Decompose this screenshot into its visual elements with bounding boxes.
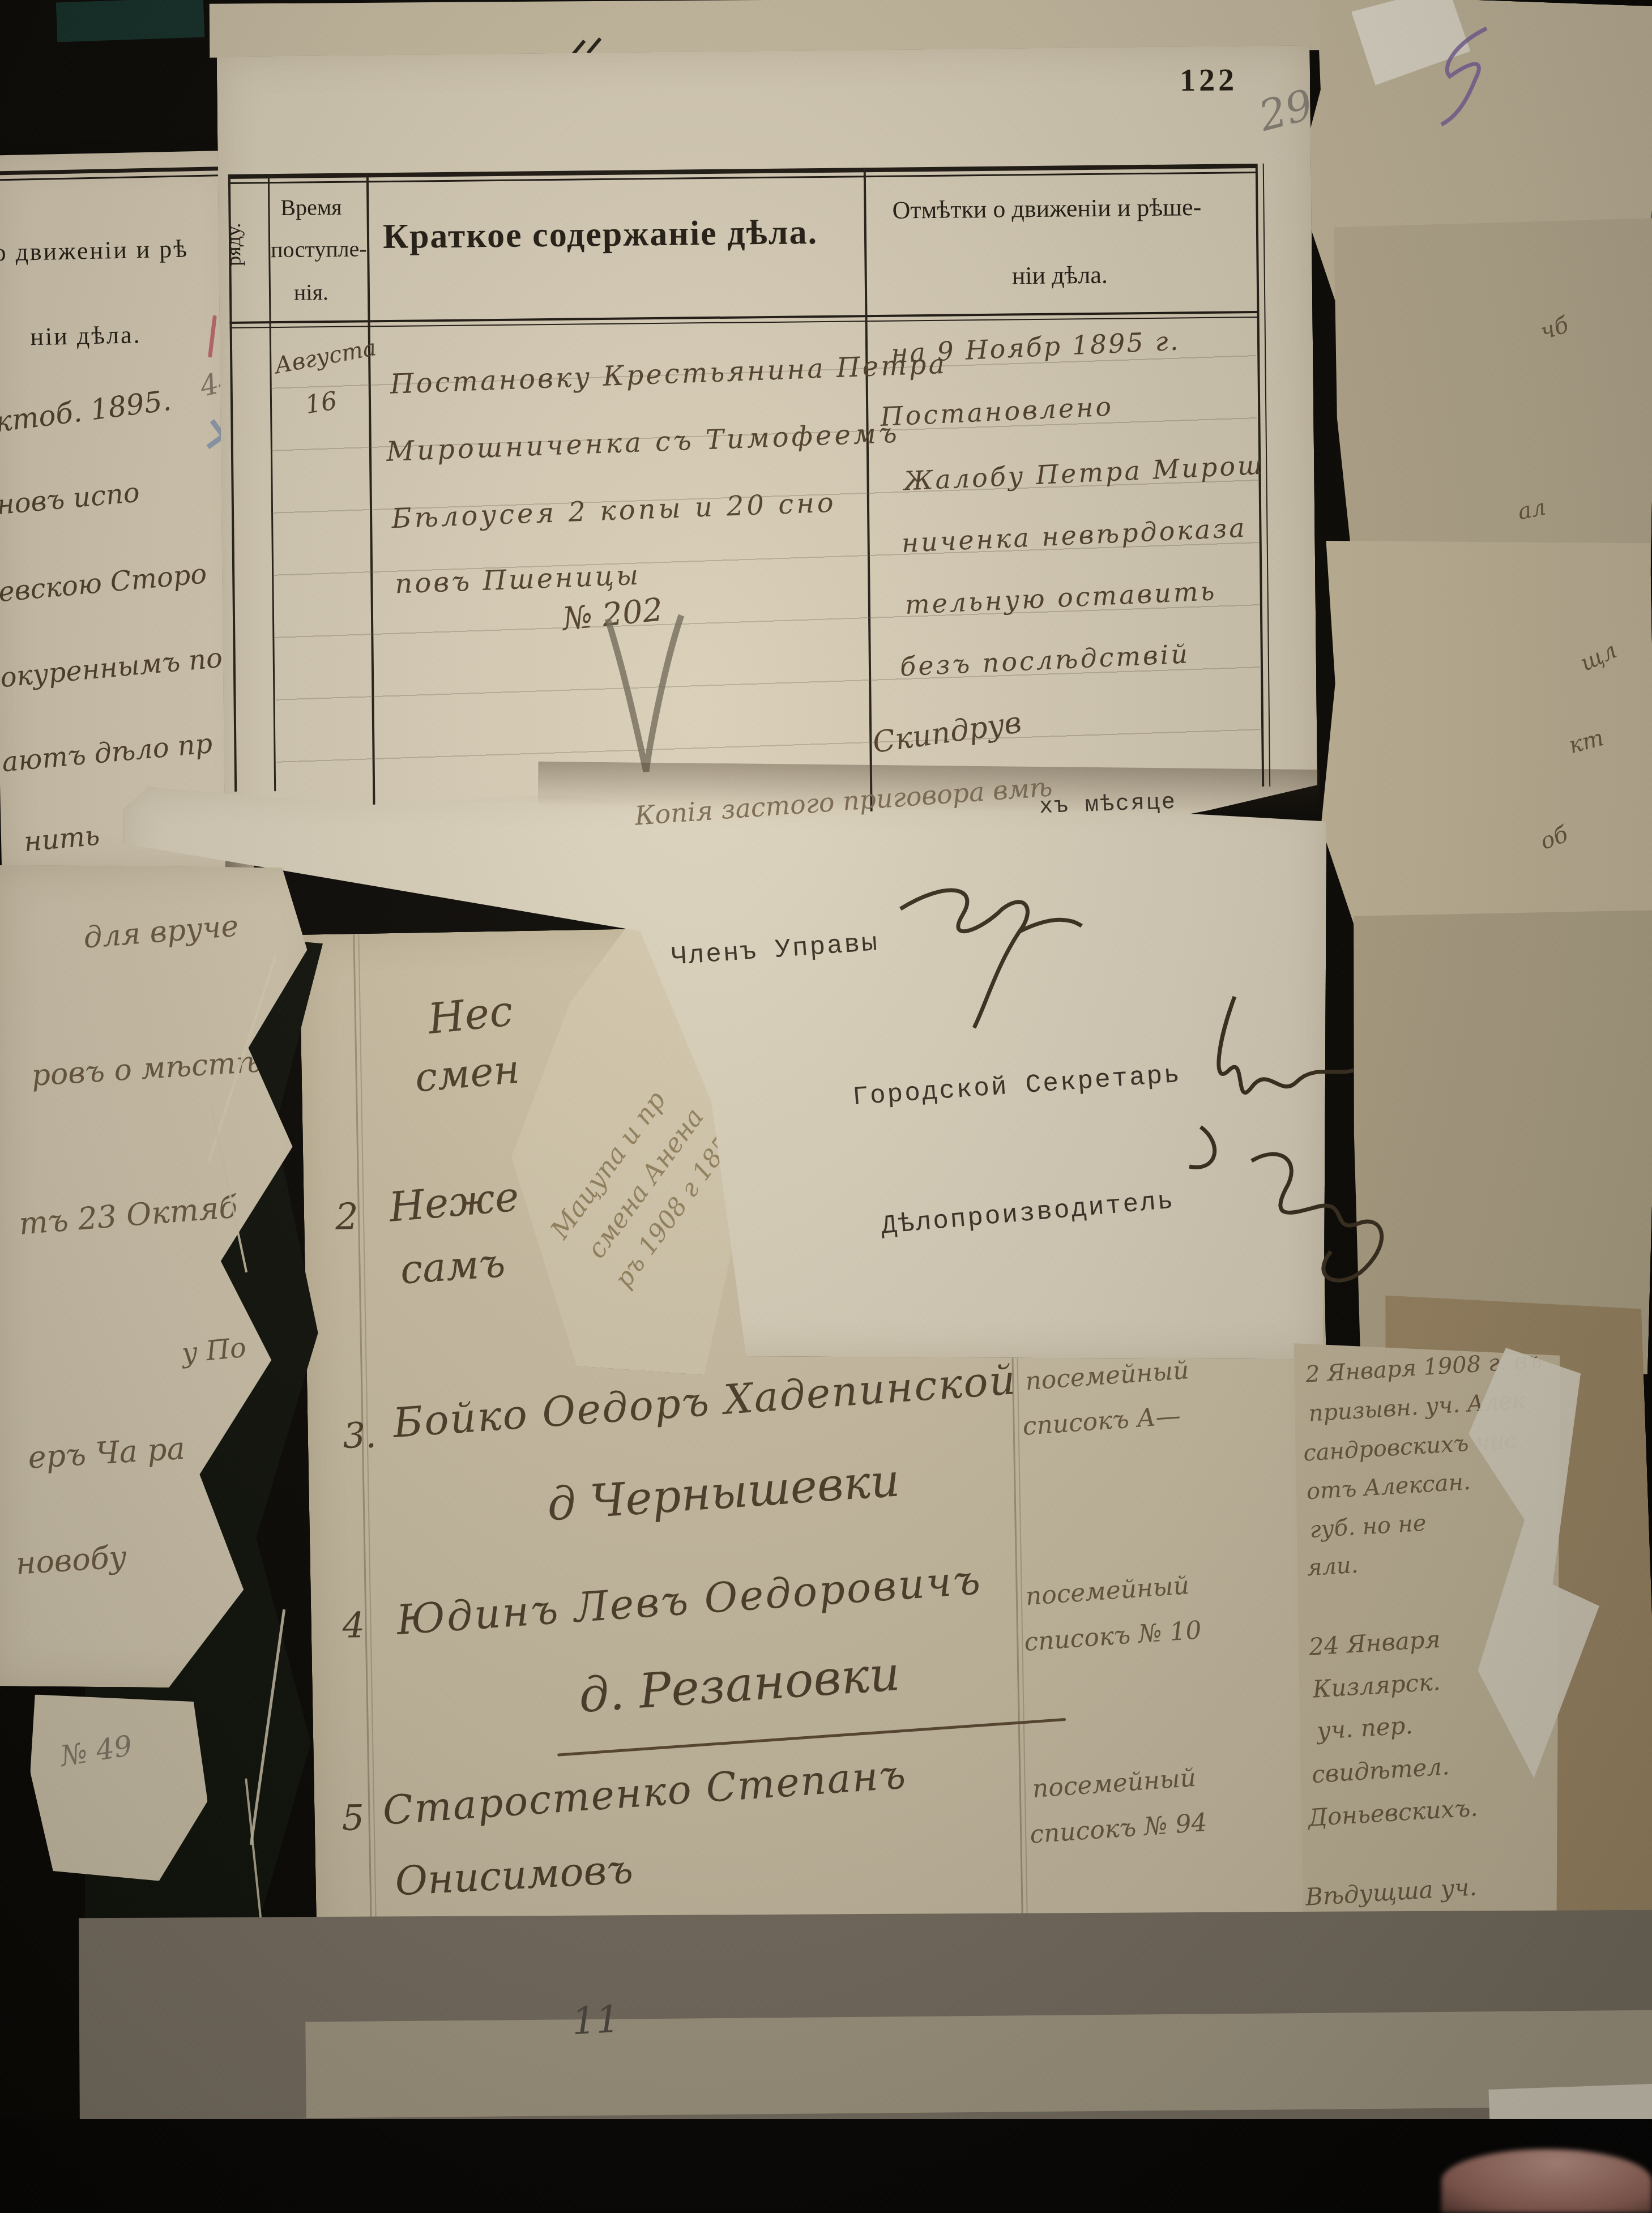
- left-page: о движеніи и рѣ ніи дѣла. ктоб. 1895. но…: [0, 150, 254, 874]
- margin-note-line: 24 Января: [1308, 1627, 1441, 1659]
- bottom-black-band: [0, 2119, 1652, 2213]
- list-row-number: 2: [335, 1199, 358, 1236]
- finger: [1441, 2149, 1652, 2213]
- margin-note-line: яли.: [1307, 1554, 1359, 1579]
- pencil-page-number: 29: [1255, 84, 1317, 138]
- violet-scribble: [1419, 23, 1504, 130]
- member-signature: [878, 875, 1116, 1033]
- photo-of-archival-ledger: чб ал щл кт об о движеніи и рѣ ніи дѣла.…: [0, 0, 1652, 2213]
- list-row-name: Онисимовъ: [394, 1849, 634, 1902]
- clerk-signature: [1218, 1138, 1410, 1297]
- left-page-entry-line: ктоб. 1895.: [0, 386, 173, 437]
- row-order-col-label: ряду.: [223, 223, 244, 266]
- red-streak: [208, 315, 217, 357]
- cardboard-strip: [305, 2010, 1652, 2118]
- left-page-header: ніи дѣла.: [30, 322, 142, 349]
- left-page-entry-line: новъ испо: [0, 479, 140, 519]
- list-row-name: Юдинъ Левъ Оедоровичъ: [395, 1559, 983, 1640]
- left-fragment: тъ 23 Октяб: [18, 1191, 238, 1239]
- typed-fragment: хъ мѣсяце: [1039, 792, 1177, 819]
- entry-content-line: повъ Пшеницы: [395, 562, 641, 598]
- margin-note-line: уч. пер.: [1316, 1714, 1414, 1743]
- list-row-register: посемейный: [1031, 1766, 1197, 1802]
- margin-note-line: Кизлярск.: [1312, 1670, 1441, 1702]
- list-row-register: списокъ А—: [1022, 1404, 1181, 1439]
- list-row-name: Нес: [426, 990, 515, 1040]
- list-row-name: Неже: [387, 1176, 520, 1228]
- margin-note-line: отъ Алексан.: [1306, 1471, 1471, 1503]
- list-row-number: 5: [342, 1800, 365, 1836]
- flourish-underline: [557, 1718, 1066, 1757]
- margin-note-line: Доньевскихъ.: [1308, 1796, 1479, 1830]
- time-col-header: нія.: [294, 281, 328, 304]
- list-row-register: посемейный: [1025, 1573, 1190, 1609]
- left-fragment: еръ Ча ра: [27, 1433, 186, 1473]
- printed-page-number: 122: [1180, 64, 1238, 96]
- left-page-header: о движеніи и рѣ: [0, 236, 189, 265]
- right-stack-strip: [1327, 212, 1652, 592]
- notes-col-header: ніи дѣла.: [1012, 263, 1108, 289]
- time-col-header: поступле-: [271, 237, 367, 261]
- list-row-name: смен: [413, 1049, 521, 1098]
- content-col-header: Краткое содержаніе дѣла.: [383, 215, 818, 254]
- bottom-pencil-number: 11: [571, 2001, 620, 2040]
- left-fragment: для вруче: [83, 911, 240, 952]
- list-row-register: посемейный: [1025, 1358, 1190, 1394]
- time-col-header: Время: [280, 196, 342, 219]
- left-page-entry-line: окуреннымъ по: [0, 644, 224, 691]
- list-row-name: самъ: [399, 1243, 506, 1290]
- list-row-name: Старостенко Степанъ: [382, 1754, 908, 1830]
- list-row-name: д. Резановки: [577, 1650, 901, 1719]
- left-page-entry-line: нить: [23, 822, 101, 856]
- list-row-name: д Чернышевки: [546, 1458, 901, 1527]
- left-fragment: у По: [181, 1334, 247, 1368]
- ledger-page-122: 122 29 ряду. Время поступле- нія. Кратко…: [217, 45, 1318, 861]
- teal-sliver: [56, 0, 204, 42]
- notes-col-header: Отмѣтки о движеніи и рѣше-: [892, 195, 1201, 223]
- list-row-number: 3.: [343, 1418, 377, 1454]
- left-fragment: новобу: [15, 1542, 127, 1579]
- margin-note-line: Вѣдущша уч.: [1305, 1875, 1478, 1909]
- page-edge-fragment: ал: [1516, 495, 1548, 523]
- left-page-entry-line: аютъ дѣло пр: [1, 730, 214, 776]
- entry-date-day: 16: [304, 388, 339, 418]
- margin-note-line: губ. но не: [1309, 1512, 1427, 1542]
- margin-note-line: свидѣтел.: [1311, 1754, 1450, 1787]
- left-fragment: № 49: [59, 1731, 134, 1770]
- list-row-register: списокъ № 10: [1023, 1618, 1202, 1655]
- list-row-number: 4: [342, 1608, 365, 1643]
- left-page-entry-line: евскою Сторо: [0, 560, 208, 606]
- list-row-register: списокъ № 94: [1029, 1810, 1208, 1848]
